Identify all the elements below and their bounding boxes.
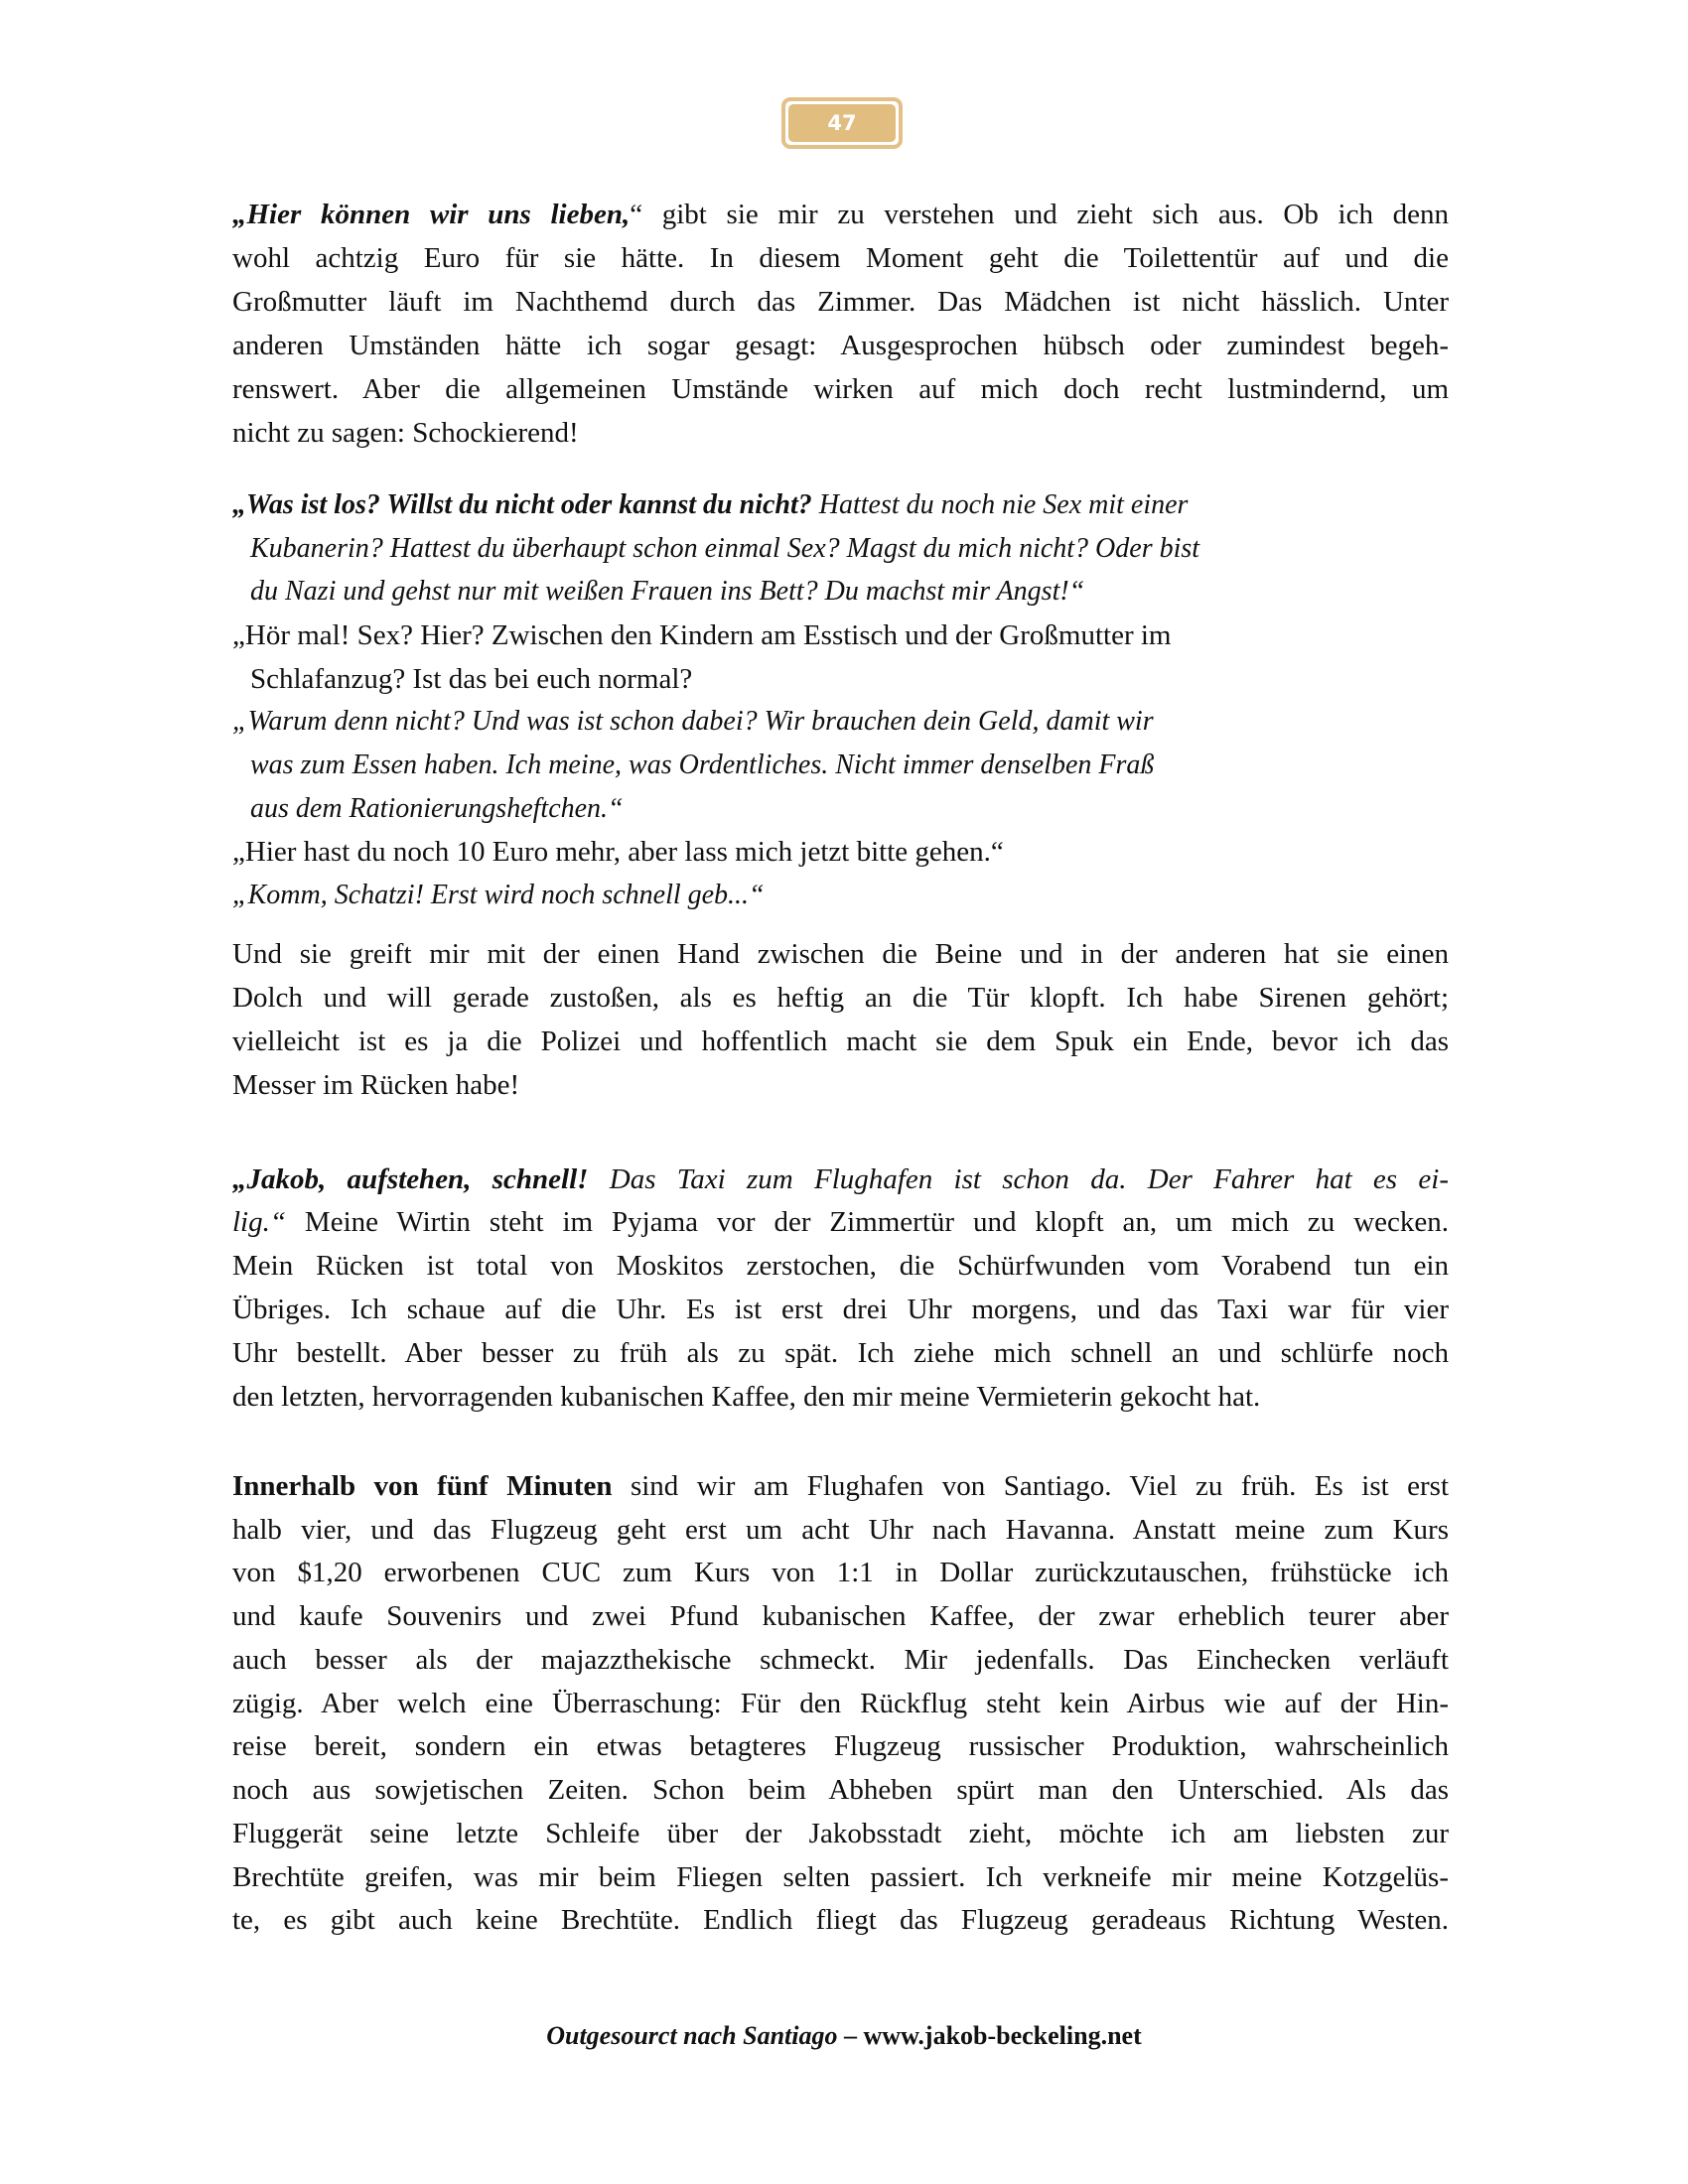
text-line: „Jakob, aufstehen, schnell! Das Taxi zum…: [232, 1161, 1449, 1197]
text-line: Fluggerät seine letzte Schleife über der…: [232, 1816, 1449, 1851]
text-line: vielleicht ist es ja die Polizei und hof…: [232, 1024, 1449, 1059]
dialogue-line: Kubanerin? Hattest du überhaupt schon ei…: [250, 531, 1449, 567]
website-link[interactable]: www.jakob-beckeling.net: [864, 2021, 1142, 2050]
text-line: zügig. Aber welch eine Überraschung: Für…: [232, 1686, 1449, 1721]
page-number: 47: [788, 104, 896, 142]
text-line: Großmutter läuft im Nachthemd durch das …: [232, 284, 1449, 320]
dialogue-line: „Warum denn nicht? Und was ist schon dab…: [232, 704, 1449, 740]
text-line: Uhr bestellt. Aber besser zu früh als zu…: [232, 1335, 1449, 1371]
text-line: auch besser als der majazzthekische schm…: [232, 1642, 1449, 1678]
text-line: wohl achtzig Euro für sie hätte. In dies…: [232, 240, 1449, 276]
dialogue-lead: „Jakob, aufstehen, schnell!: [232, 1163, 588, 1195]
dialogue-line: „Was ist los? Willst du nicht oder kanns…: [232, 487, 1449, 523]
text-line: und kaufe Souvenirs und zwei Pfund kuban…: [232, 1598, 1449, 1634]
book-title: Outgesourct nach Santiago: [546, 2021, 837, 2050]
text-line: te, es gibt auch keine Brechtüte. Endlic…: [232, 1902, 1449, 1938]
footer-separator: –: [838, 2021, 864, 2050]
dialogue-line: „Hier hast du noch 10 Euro mehr, aber la…: [232, 834, 1449, 870]
dialogue-lead: „Hier können wir uns lieben,: [232, 199, 630, 230]
text-line: Dolch und will gerade zustoßen, als es h…: [232, 980, 1449, 1016]
page-number-badge: 47: [781, 97, 903, 149]
text-line: noch aus sowjetischen Zeiten. Schon beim…: [232, 1772, 1449, 1808]
dialogue-line: aus dem Rationierungsheftchen.“: [250, 791, 1449, 827]
text-line: „Hier können wir uns lieben,“ gibt sie m…: [232, 197, 1449, 232]
dialogue-line: du Nazi und gehst nur mit weißen Frauen …: [250, 574, 1449, 610]
text-run: Meine Wirtin steht im Pyjama vor der Zim…: [286, 1206, 1449, 1238]
text-run: Das Taxi zum Flughafen ist schon da. Der…: [588, 1163, 1449, 1195]
text-line: reise bereit, sondern ein etwas betagter…: [232, 1728, 1449, 1764]
text-run: lig.“: [232, 1206, 286, 1238]
page-footer: Outgesourct nach Santiago – www.jakob-be…: [0, 2021, 1688, 2051]
dialogue-line: „Komm, Schatzi! Erst wird noch schnell g…: [232, 878, 1449, 913]
text-run: “ gibt sie mir zu verstehen und zieht si…: [630, 199, 1449, 230]
text-run: sind wir am Flughafen von Santiago. Viel…: [613, 1470, 1450, 1502]
text-line: Innerhalb von fünf Minuten sind wir am F…: [232, 1468, 1449, 1504]
bold-lead: Innerhalb von fünf Minuten: [232, 1470, 613, 1502]
text-line: renswert. Aber die allgemeinen Umstände …: [232, 371, 1449, 407]
text-line: Und sie greift mir mit der einen Hand zw…: [232, 936, 1449, 972]
text-line: anderen Umständen hätte ich sogar gesagt…: [232, 328, 1449, 363]
text-line: halb vier, und das Flugzeug geht erst um…: [232, 1512, 1449, 1548]
text-line: Mein Rücken ist total von Moskitos zerst…: [232, 1248, 1449, 1284]
dialogue-line: Schlafanzug? Ist das bei euch normal?: [250, 661, 1449, 697]
text-line: von $1,20 erworbenen CUC zum Kurs von 1:…: [232, 1555, 1449, 1590]
text-line: lig.“ Meine Wirtin steht im Pyjama vor d…: [232, 1204, 1449, 1240]
text-line: Brechtüte greifen, was mir beim Fliegen …: [232, 1859, 1449, 1895]
text-run: Hattest du noch nie Sex mit einer: [812, 489, 1189, 520]
text-line: Messer im Rücken habe!: [232, 1067, 1449, 1103]
text-line: Übriges. Ich schaue auf die Uhr. Es ist …: [232, 1292, 1449, 1327]
dialogue-line: was zum Essen haben. Ich meine, was Orde…: [250, 748, 1449, 783]
text-line: den letzten, hervorragenden kubanischen …: [232, 1379, 1449, 1415]
dialogue-line: „Hör mal! Sex? Hier? Zwischen den Kinder…: [232, 617, 1449, 653]
text-line: nicht zu sagen: Schockierend!: [232, 415, 1449, 451]
dialogue-lead: „Was ist los? Willst du nicht oder kanns…: [232, 489, 812, 520]
